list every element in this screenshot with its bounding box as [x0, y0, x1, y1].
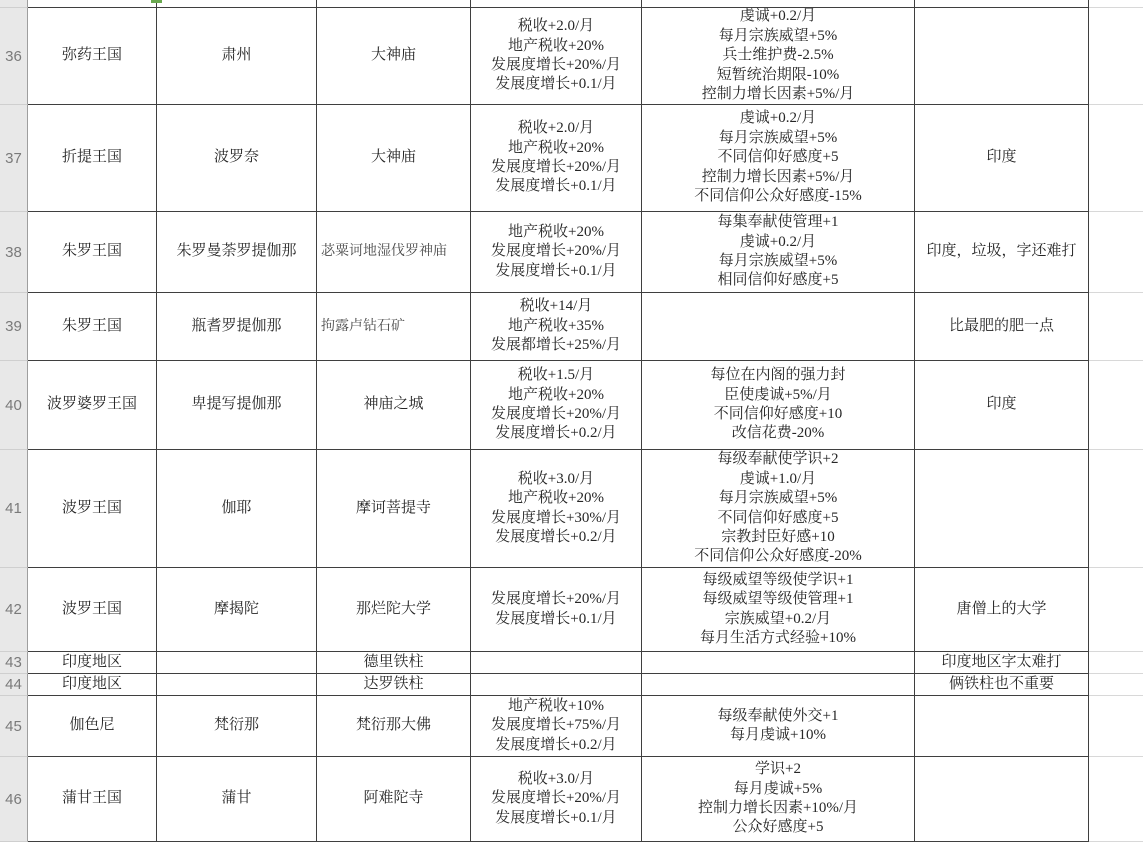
effect-line: 发展度增长+20%/月	[471, 405, 641, 424]
grid-tail-cell[interactable]	[1089, 652, 1143, 674]
cell-text: 瓶耆罗提伽那	[157, 317, 316, 336]
effect-line: 发展度增长+0.2/月	[471, 528, 641, 547]
effects-secondary-cell[interactable]: 每级威望等级使学识+1每级威望等级使管理+1宗族威望+0.2/月每月生活方式经验…	[642, 568, 915, 652]
grid-tail-cell[interactable]	[1089, 105, 1143, 212]
cell-text: 折提王国	[28, 148, 156, 167]
effects-primary-cell[interactable]: 地产税收+10%发展度增长+75%/月发展度增长+0.2/月	[471, 696, 642, 757]
note-cell[interactable]: 比最肥的肥一点	[915, 293, 1089, 361]
effect-line: 发展度增长+75%/月	[471, 716, 641, 735]
cell-text: 阿难陀寺	[317, 789, 470, 808]
effect-line: 臣使虔诚+5%/月	[642, 386, 914, 405]
effect-line: 相同信仰好感度+5	[642, 271, 914, 290]
cell-text: 印度	[915, 395, 1088, 414]
effect-line: 税收+3.0/月	[471, 770, 641, 789]
effects-secondary-cell[interactable]: 虔诚+0.2/月每月宗族威望+5%不同信仰好感度+5控制力增长因素+5%/月不同…	[642, 105, 915, 212]
cell-text: 神庙之城	[317, 395, 470, 414]
place-cell[interactable]: 摩揭陀	[157, 568, 317, 652]
kingdom-cell[interactable]: 折提王国	[28, 105, 157, 212]
effect-line: 税收+2.0/月	[471, 17, 641, 36]
row-number[interactable]: 42	[0, 568, 28, 652]
table-row: 40 波罗婆罗王国 卑提写提伽那 神庙之城 税收+1.5/月地产税收+20%发展…	[0, 361, 1143, 450]
effect-line: 发展度增长+20%/月	[471, 789, 641, 808]
effect-line: 虔诚+0.2/月	[642, 109, 914, 128]
place-cell[interactable]: 朱罗曼荼罗提伽那	[157, 212, 317, 293]
effect-line: 发展度增长+20%/月	[471, 242, 641, 261]
effect-line: 发展度增长+0.2/月	[471, 424, 641, 443]
place-cell[interactable]: 卑提写提伽那	[157, 361, 317, 450]
table-row: 43 印度地区 德里铁柱 印度地区字太难打	[0, 652, 1143, 674]
building-cell[interactable]: 达罗铁柱	[317, 674, 471, 696]
row-number[interactable]: 46	[0, 757, 28, 842]
effects-primary-cell[interactable]: 发展度增长+20%/月发展度增长+0.1/月	[471, 568, 642, 652]
row-number[interactable]: 44	[0, 674, 28, 696]
cell-text: 摩揭陀	[157, 600, 316, 619]
effect-line: 控制力增长因素+5%/月	[642, 85, 914, 104]
effect-line: 发展度增长+20%/月	[471, 56, 641, 75]
cell-text: 拘露卢钻石矿	[321, 317, 470, 336]
row-number[interactable]: 39	[0, 293, 28, 361]
kingdom-cell[interactable]: 伽色尼	[28, 696, 157, 757]
effect-line: 每月宗族威望+5%	[642, 27, 914, 46]
effect-line: 发展度增长+0.1/月	[471, 75, 641, 94]
cell-text: 大神庙	[317, 148, 470, 167]
note-cell[interactable]: 印度，垃圾，字还难打	[915, 212, 1089, 293]
spreadsheet-grid: 36 弥药王国 肃州 大神庙 税收+2.0/月地产税收+20%发展度增长+20%…	[0, 0, 1143, 842]
effect-line: 改信花费-20%	[642, 424, 914, 443]
effects-primary-cell[interactable]: 税收+3.0/月地产税收+20%发展度增长+30%/月发展度增长+0.2/月	[471, 450, 642, 568]
effects-secondary-cell[interactable]	[642, 293, 915, 361]
grid-tail-cell[interactable]	[1089, 0, 1143, 8]
effect-line: 税收+3.0/月	[471, 470, 641, 489]
building-cell[interactable]: 摩诃菩提寺	[317, 450, 471, 568]
kingdom-cell[interactable]: 弥药王国	[28, 8, 157, 105]
effect-line: 每月宗族威望+5%	[642, 129, 914, 148]
effect-line: 虔诚+0.2/月	[642, 8, 914, 27]
effect-line: 每集奉献使管理+1	[642, 213, 914, 232]
effects-secondary-cell[interactable]: 虔诚+0.2/月每月宗族威望+5%兵士维护费-2.5%短暂统治期限-10%控制力…	[642, 8, 915, 105]
table-row: 42 波罗王国 摩揭陀 那烂陀大学 发展度增长+20%/月发展度增长+0.1/月…	[0, 568, 1143, 652]
effect-line: 不同信仰好感度+5	[642, 148, 914, 167]
cell-text: 梵衍那	[157, 716, 316, 735]
effect-line: 地产税收+20%	[471, 223, 641, 242]
building-cell[interactable]: 拘露卢钻石矿	[317, 293, 471, 361]
note-cell[interactable]: 唐僧上的大学	[915, 568, 1089, 652]
effects-primary-cell[interactable]	[471, 674, 642, 696]
building-cell[interactable]: 苾粟诃地湿伐罗神庙	[317, 212, 471, 293]
note-cell[interactable]	[915, 8, 1089, 105]
place-cell[interactable]: 梵衍那	[157, 696, 317, 757]
effect-line: 税收+1.5/月	[471, 366, 641, 385]
effects-secondary-cell[interactable]: 每集奉献使管理+1虔诚+0.2/月每月宗族威望+5%相同信仰好感度+5	[642, 212, 915, 293]
effect-line: 地产税收+20%	[471, 489, 641, 508]
cell-text: 达罗铁柱	[317, 675, 470, 694]
row-number[interactable]: 36	[0, 8, 28, 105]
effects-primary-cell[interactable]: 税收+1.5/月地产税收+20%发展度增长+20%/月发展度增长+0.2/月	[471, 361, 642, 450]
effect-line: 每级威望等级使学识+1	[642, 571, 914, 590]
grid-tail-cell[interactable]	[1089, 696, 1143, 757]
effects-secondary-cell[interactable]: 学识+2每月虔诚+5%控制力增长因素+10%/月公众好感度+5	[642, 757, 915, 842]
cell-text: 朱罗王国	[28, 317, 156, 336]
effect-line: 每月虔诚+5%	[642, 780, 914, 799]
place-cell[interactable]: 伽耶	[157, 450, 317, 568]
effect-line: 宗族威望+0.2/月	[642, 610, 914, 629]
note-cell[interactable]: 印度	[915, 361, 1089, 450]
effect-line: 每级威望等级使管理+1	[642, 590, 914, 609]
cell-text: 弥药王国	[28, 46, 156, 65]
effect-line: 发展度增长+0.2/月	[471, 736, 641, 755]
note-cell[interactable]	[915, 450, 1089, 568]
partial-top-row	[0, 0, 1143, 8]
cell-text: 波罗王国	[28, 499, 156, 518]
effect-line: 地产税收+20%	[471, 139, 641, 158]
building-cell[interactable]: 神庙之城	[317, 361, 471, 450]
row-number[interactable]: 37	[0, 105, 28, 212]
kingdom-cell[interactable]	[28, 0, 157, 8]
effect-line: 每级奉献使外交+1	[642, 707, 914, 726]
table-row: 44 印度地区 达罗铁柱 俩铁柱也不重要	[0, 674, 1143, 696]
effects-primary-cell[interactable]	[471, 0, 642, 8]
table-row: 37 折提王国 波罗奈 大神庙 税收+2.0/月地产税收+20%发展度增长+20…	[0, 105, 1143, 212]
grid-tail-cell[interactable]	[1089, 450, 1143, 568]
effects-primary-cell[interactable]: 税收+2.0/月地产税收+20%发展度增长+20%/月发展度增长+0.1/月	[471, 8, 642, 105]
table-body: 36 弥药王国 肃州 大神庙 税收+2.0/月地产税收+20%发展度增长+20%…	[0, 0, 1143, 842]
effect-line: 每月宗族威望+5%	[642, 489, 914, 508]
cell-text: 肃州	[157, 46, 316, 65]
row-number[interactable]	[0, 0, 28, 8]
effect-line: 发展度增长+0.1/月	[471, 809, 641, 828]
kingdom-cell[interactable]: 蒲甘王国	[28, 757, 157, 842]
effect-line: 虔诚+1.0/月	[642, 470, 914, 489]
row-number[interactable]: 43	[0, 652, 28, 674]
cell-text: 波罗奈	[157, 148, 316, 167]
note-cell[interactable]	[915, 0, 1089, 8]
cell-text: 印度地区字太难打	[915, 653, 1088, 672]
table-row: 45 伽色尼 梵衍那 梵衍那大佛 地产税收+10%发展度增长+75%/月发展度增…	[0, 696, 1143, 757]
cell-text: 朱罗曼荼罗提伽那	[157, 242, 316, 261]
place-cell[interactable]: 肃州	[157, 8, 317, 105]
cell-text: 蒲甘王国	[28, 789, 156, 808]
note-cell[interactable]: 印度地区字太难打	[915, 652, 1089, 674]
place-cell[interactable]	[157, 652, 317, 674]
effect-line: 地产税收+10%	[471, 697, 641, 716]
building-cell[interactable]: 大神庙	[317, 8, 471, 105]
table-row: 46 蒲甘王国 蒲甘 阿难陀寺 税收+3.0/月发展度增长+20%/月发展度增长…	[0, 757, 1143, 842]
cell-text: 大神庙	[317, 46, 470, 65]
grid-tail-cell[interactable]	[1089, 8, 1143, 105]
cell-text: 卑提写提伽那	[157, 395, 316, 414]
cell-text: 梵衍那大佛	[317, 716, 470, 735]
table-row: 36 弥药王国 肃州 大神庙 税收+2.0/月地产税收+20%发展度增长+20%…	[0, 8, 1143, 105]
building-cell[interactable]	[317, 0, 471, 8]
cell-text: 印度地区	[28, 653, 156, 672]
effect-line: 宗教封臣好感+10	[642, 528, 914, 547]
effects-secondary-cell[interactable]	[642, 652, 915, 674]
effect-line: 兵士维护费-2.5%	[642, 46, 914, 65]
effects-secondary-cell[interactable]	[642, 0, 915, 8]
effect-line: 发展都增长+25%/月	[471, 336, 641, 355]
kingdom-cell[interactable]: 波罗婆罗王国	[28, 361, 157, 450]
cell-text: 伽耶	[157, 499, 316, 518]
cell-text: 波罗婆罗王国	[28, 395, 156, 414]
cell-text: 德里铁柱	[317, 653, 470, 672]
effects-primary-cell[interactable]: 地产税收+20%发展度增长+20%/月发展度增长+0.1/月	[471, 212, 642, 293]
effect-line: 公众好感度+5	[642, 818, 914, 837]
table-row: 39 朱罗王国 瓶耆罗提伽那 拘露卢钻石矿 税收+14/月地产税收+35%发展都…	[0, 293, 1143, 361]
effect-line: 发展度增长+20%/月	[471, 158, 641, 177]
table-row: 41 波罗王国 伽耶 摩诃菩提寺 税收+3.0/月地产税收+20%发展度增长+3…	[0, 450, 1143, 568]
cell-text: 那烂陀大学	[317, 600, 470, 619]
note-cell[interactable]: 印度	[915, 105, 1089, 212]
kingdom-cell[interactable]: 波罗王国	[28, 450, 157, 568]
effect-line: 不同信仰好感度+5	[642, 509, 914, 528]
effects-secondary-cell[interactable]	[642, 674, 915, 696]
place-cell[interactable]	[157, 674, 317, 696]
kingdom-cell[interactable]: 印度地区	[28, 674, 157, 696]
row-number[interactable]: 40	[0, 361, 28, 450]
effect-line: 短暂统治期限-10%	[642, 66, 914, 85]
effect-line: 每月宗族威望+5%	[642, 252, 914, 271]
effects-secondary-cell[interactable]: 每位在内阁的强力封臣使虔诚+5%/月不同信仰好感度+10改信花费-20%	[642, 361, 915, 450]
grid-tail-cell[interactable]	[1089, 293, 1143, 361]
effects-secondary-cell[interactable]: 每级奉献使外交+1每月虔诚+10%	[642, 696, 915, 757]
effect-line: 学识+2	[642, 760, 914, 779]
note-cell[interactable]: 俩铁柱也不重要	[915, 674, 1089, 696]
cell-text: 唐僧上的大学	[915, 600, 1088, 619]
cell-text: 蒲甘	[157, 789, 316, 808]
effect-line: 不同信仰好感度+10	[642, 405, 914, 424]
grid-tail-cell[interactable]	[1089, 568, 1143, 652]
note-cell[interactable]	[915, 696, 1089, 757]
row-number[interactable]: 41	[0, 450, 28, 568]
effect-line: 发展度增长+20%/月	[471, 590, 641, 609]
place-cell[interactable]: 瓶耆罗提伽那	[157, 293, 317, 361]
effect-line: 每月生活方式经验+10%	[642, 629, 914, 648]
effect-line: 发展度增长+0.1/月	[471, 177, 641, 196]
effect-line: 地产税收+20%	[471, 386, 641, 405]
kingdom-cell[interactable]: 印度地区	[28, 652, 157, 674]
row-number[interactable]: 45	[0, 696, 28, 757]
building-cell[interactable]: 梵衍那大佛	[317, 696, 471, 757]
cell-text: 朱罗王国	[28, 242, 156, 261]
effect-line: 发展度增长+0.1/月	[471, 262, 641, 281]
grid-tail-cell[interactable]	[1089, 361, 1143, 450]
effect-line: 地产税收+20%	[471, 37, 641, 56]
cell-text: 印度，垃圾，字还难打	[915, 242, 1088, 261]
effects-secondary-cell[interactable]: 每级奉献使学识+2虔诚+1.0/月每月宗族威望+5%不同信仰好感度+5宗教封臣好…	[642, 450, 915, 568]
building-cell[interactable]: 德里铁柱	[317, 652, 471, 674]
effect-line: 不同信仰公众好感度-15%	[642, 187, 914, 206]
cell-text: 摩诃菩提寺	[317, 499, 470, 518]
cell-text: 印度地区	[28, 675, 156, 694]
building-cell[interactable]: 阿难陀寺	[317, 757, 471, 842]
building-cell[interactable]: 那烂陀大学	[317, 568, 471, 652]
effect-line: 发展度增长+30%/月	[471, 509, 641, 528]
effect-line: 税收+14/月	[471, 297, 641, 316]
note-cell[interactable]	[915, 757, 1089, 842]
effect-line: 地产税收+35%	[471, 317, 641, 336]
cell-text: 俩铁柱也不重要	[915, 675, 1088, 694]
effect-line: 每级奉献使学识+2	[642, 450, 914, 469]
effects-primary-cell[interactable]	[471, 652, 642, 674]
grid-tail-cell[interactable]	[1089, 212, 1143, 293]
cell-text: 印度	[915, 148, 1088, 167]
effect-line: 不同信仰公众好感度-20%	[642, 547, 914, 566]
place-cell[interactable]: 蒲甘	[157, 757, 317, 842]
fill-handle[interactable]	[151, 0, 162, 3]
kingdom-cell[interactable]: 朱罗王国	[28, 212, 157, 293]
table-row: 38 朱罗王国 朱罗曼荼罗提伽那 苾粟诃地湿伐罗神庙 地产税收+20%发展度增长…	[0, 212, 1143, 293]
effects-primary-cell[interactable]: 税收+14/月地产税收+35%发展都增长+25%/月	[471, 293, 642, 361]
kingdom-cell[interactable]: 朱罗王国	[28, 293, 157, 361]
grid-tail-cell[interactable]	[1089, 674, 1143, 696]
effect-line: 发展度增长+0.1/月	[471, 610, 641, 629]
place-cell[interactable]: 波罗奈	[157, 105, 317, 212]
cell-text: 波罗王国	[28, 600, 156, 619]
place-cell[interactable]	[157, 0, 317, 8]
effect-line: 每位在内阁的强力封	[642, 366, 914, 385]
effect-line: 税收+2.0/月	[471, 119, 641, 138]
building-cell[interactable]: 大神庙	[317, 105, 471, 212]
effect-line: 控制力增长因素+5%/月	[642, 168, 914, 187]
cell-text: 比最肥的肥一点	[915, 317, 1088, 336]
kingdom-cell[interactable]: 波罗王国	[28, 568, 157, 652]
grid-tail-cell[interactable]	[1089, 757, 1143, 842]
cell-text: 伽色尼	[28, 716, 156, 735]
row-number[interactable]: 38	[0, 212, 28, 293]
effect-line: 控制力增长因素+10%/月	[642, 799, 914, 818]
cell-text: 苾粟诃地湿伐罗神庙	[321, 242, 470, 261]
effect-line: 虔诚+0.2/月	[642, 233, 914, 252]
effects-primary-cell[interactable]: 税收+2.0/月地产税收+20%发展度增长+20%/月发展度增长+0.1/月	[471, 105, 642, 212]
effect-line: 每月虔诚+10%	[642, 726, 914, 745]
effects-primary-cell[interactable]: 税收+3.0/月发展度增长+20%/月发展度增长+0.1/月	[471, 757, 642, 842]
